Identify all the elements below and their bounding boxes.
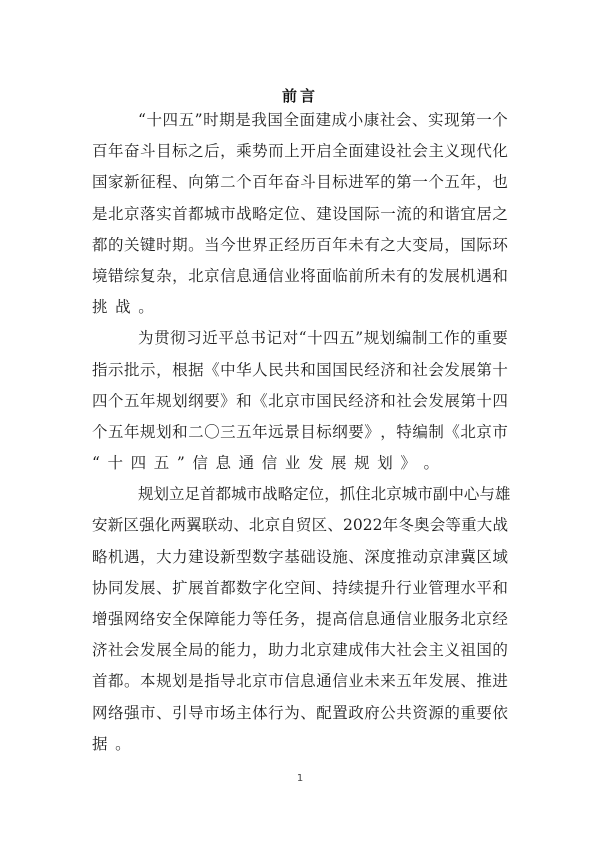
glyph: 位 — [309, 479, 325, 510]
glyph: 示 — [140, 355, 156, 386]
glyph: 大 — [380, 635, 396, 666]
glyph: 发 — [428, 386, 444, 417]
glyph: 建 — [332, 635, 348, 666]
glyph: 和 — [380, 386, 396, 417]
glyph: 之 — [380, 230, 396, 261]
glyph: 界 — [252, 230, 268, 261]
glyph: 纲 — [332, 417, 348, 448]
glyph: 重 — [461, 510, 477, 541]
glyph: 十 — [476, 386, 492, 417]
glyph: 的 — [492, 635, 508, 666]
glyph: 社 — [412, 355, 428, 386]
text-line: 都的关键时期。当今世界正经历百年未有之大变局，国际环 — [92, 230, 508, 261]
text-line: 安新区强化两翼联动、北京自贸区、2022年冬奥会等重大战 — [92, 510, 508, 541]
glyph: 社 — [396, 136, 412, 167]
glyph: 通 — [252, 261, 268, 292]
glyph: 重 — [460, 698, 476, 729]
glyph: 四 — [323, 323, 339, 354]
glyph: 依 — [492, 698, 508, 729]
glyph: 数 — [252, 542, 268, 573]
glyph: 目 — [156, 136, 172, 167]
glyph: 、 — [327, 510, 343, 541]
glyph: 临 — [332, 261, 348, 292]
glyph: 。 — [138, 292, 154, 323]
glyph: 、 — [300, 199, 316, 230]
glyph: 年 — [252, 417, 268, 448]
glyph: 市 — [300, 386, 316, 417]
glyph: 抓 — [340, 479, 356, 510]
glyph: 国 — [460, 230, 476, 261]
glyph: 共 — [284, 355, 300, 386]
glyph: 杂 — [156, 261, 172, 292]
glyph: 要 — [204, 386, 220, 417]
glyph: 济 — [92, 635, 108, 666]
text-line: 国家新征程、向第二个百年奋斗目标进军的第一个五年，也 — [92, 167, 508, 198]
glyph: 务 — [284, 604, 300, 635]
glyph: 遇 — [124, 542, 140, 573]
glyph: 二 — [188, 417, 204, 448]
glyph: “ — [299, 323, 307, 354]
glyph: 第 — [460, 105, 476, 136]
glyph: ， — [172, 261, 188, 292]
glyph: 建 — [316, 105, 332, 136]
glyph: ， — [324, 479, 340, 510]
document-page: 前言 “十四五”时期是我国全面建成小康社会、实现第一个 百年奋斗目标之后，乘势而… — [0, 0, 600, 848]
glyph: 而 — [268, 136, 284, 167]
glyph: 一 — [412, 167, 428, 198]
glyph: 进 — [492, 666, 508, 697]
glyph: 和 — [396, 355, 412, 386]
glyph: 第 — [204, 167, 220, 198]
glyph: 全 — [283, 105, 299, 136]
glyph: 障 — [204, 604, 220, 635]
glyph: 保 — [188, 604, 204, 635]
glyph: 能 — [220, 604, 236, 635]
glyph: 经 — [348, 386, 364, 417]
glyph: 进 — [348, 167, 364, 198]
glyph: 〇 — [204, 417, 220, 448]
glyph: 记 — [267, 323, 283, 354]
glyph: 设 — [380, 136, 396, 167]
glyph: 通 — [239, 448, 255, 479]
glyph: 编 — [396, 323, 412, 354]
glyph: 施 — [332, 542, 348, 573]
glyph: “ — [92, 448, 100, 479]
glyph: 力 — [236, 635, 252, 666]
glyph: 划 — [156, 417, 172, 448]
glyph: 制 — [428, 417, 444, 448]
glyph: 大 — [396, 230, 412, 261]
glyph: 主 — [236, 698, 252, 729]
glyph: 面 — [348, 136, 364, 167]
glyph: 个 — [108, 386, 124, 417]
glyph: 规 — [354, 448, 370, 479]
glyph: 会 — [412, 635, 428, 666]
glyph: 扩 — [172, 573, 188, 604]
glyph: 奋 — [124, 136, 140, 167]
glyph: 十 — [146, 105, 162, 136]
glyph: 划 — [154, 479, 170, 510]
glyph: 务 — [444, 604, 460, 635]
glyph: 、 — [348, 542, 364, 573]
glyph: 四 — [492, 386, 508, 417]
glyph: 会 — [430, 510, 446, 541]
glyph: 据 — [188, 355, 204, 386]
text-line: 济社会发展全局的能力，助力北京建成伟大社会主义祖国的 — [92, 635, 508, 666]
glyph: 奥 — [414, 510, 430, 541]
glyph: 民 — [268, 355, 284, 386]
glyph: 会 — [412, 136, 428, 167]
glyph: 景 — [284, 417, 300, 448]
glyph: 强 — [139, 510, 155, 541]
glyph: 社 — [396, 635, 412, 666]
glyph: 化 — [268, 573, 284, 604]
glyph: 划 — [380, 323, 396, 354]
paragraph-3: 规划立足首都城市战略定位，抓住北京城市副中心与雄 安新区强化两翼联动、北京自贸区… — [92, 479, 508, 760]
glyph: 。 — [423, 448, 439, 479]
glyph: 彻 — [170, 323, 186, 354]
glyph: 战 — [115, 292, 131, 323]
glyph: 规 — [140, 417, 156, 448]
glyph: 建 — [316, 199, 332, 230]
glyph: 标 — [316, 417, 332, 448]
glyph: 城 — [231, 479, 247, 510]
glyph: 共 — [396, 698, 412, 729]
glyph: 城 — [402, 479, 418, 510]
glyph: ， — [140, 542, 156, 573]
glyph: 一 — [476, 105, 492, 136]
glyph: 协 — [92, 573, 108, 604]
glyph: 四 — [163, 105, 179, 136]
glyph: 设 — [204, 542, 220, 573]
glyph: 续 — [348, 573, 364, 604]
glyph: 根 — [172, 355, 188, 386]
glyph: 资 — [412, 698, 428, 729]
glyph: 要 — [476, 698, 492, 729]
glyph: 业 — [284, 261, 300, 292]
glyph: 据 — [92, 729, 108, 760]
glyph: 足 — [185, 479, 201, 510]
glyph: 化 — [492, 136, 508, 167]
glyph: 、 — [316, 573, 332, 604]
glyph: 大 — [477, 510, 493, 541]
glyph: 划 — [172, 386, 188, 417]
glyph: 础 — [300, 542, 316, 573]
glyph: 势 — [252, 136, 268, 167]
glyph: 国 — [267, 105, 283, 136]
glyph: 略 — [278, 479, 294, 510]
glyph: 信 — [396, 604, 412, 635]
glyph: 第 — [476, 355, 492, 386]
glyph: 百 — [252, 167, 268, 198]
glyph: 区 — [123, 510, 139, 541]
glyph: 市 — [140, 698, 156, 729]
glyph: 略 — [92, 542, 108, 573]
glyph: 三 — [220, 417, 236, 448]
glyph: 首 — [200, 479, 216, 510]
glyph: 示 — [108, 355, 124, 386]
glyph: 都 — [108, 666, 124, 697]
glyph: 行 — [268, 698, 284, 729]
glyph: 》 — [220, 386, 236, 417]
glyph: 十 — [307, 323, 323, 354]
text-line: 个五年规划和二〇三五年远景目标纲要》，特编制《北京市 — [92, 417, 508, 448]
glyph: 之 — [492, 199, 508, 230]
glyph: 正 — [268, 230, 284, 261]
glyph: 年 — [460, 167, 476, 198]
glyph: 定 — [293, 479, 309, 510]
glyph: 民 — [332, 386, 348, 417]
glyph: 北 — [268, 386, 284, 417]
glyph: 中 — [220, 355, 236, 386]
glyph: 特 — [396, 417, 412, 448]
glyph: 津 — [444, 542, 460, 573]
glyph: 、 — [300, 698, 316, 729]
glyph: 个 — [92, 417, 108, 448]
glyph: 市 — [247, 479, 263, 510]
glyph: 期 — [172, 230, 188, 261]
glyph: 度 — [380, 542, 396, 573]
glyph: 展 — [140, 573, 156, 604]
glyph: ” — [355, 323, 363, 354]
glyph: 通 — [316, 666, 332, 697]
glyph: 北 — [460, 417, 476, 448]
glyph: 前 — [348, 261, 364, 292]
glyph: 安 — [156, 604, 172, 635]
glyph: 京 — [316, 635, 332, 666]
glyph: 面 — [316, 261, 332, 292]
glyph: 引 — [172, 698, 188, 729]
glyph: 所 — [364, 261, 380, 292]
glyph: 康 — [364, 105, 380, 136]
glyph: 市 — [417, 479, 433, 510]
glyph: 和 — [428, 199, 444, 230]
glyph: 指 — [92, 355, 108, 386]
glyph: 义 — [444, 635, 460, 666]
glyph: 划 — [172, 666, 188, 697]
glyph: 年 — [383, 510, 399, 541]
glyph: 错 — [108, 261, 124, 292]
glyph: 人 — [252, 355, 268, 386]
glyph: 五 — [154, 448, 170, 479]
glyph: 是 — [92, 199, 108, 230]
glyph: 》 — [400, 448, 416, 479]
glyph: 百 — [316, 230, 332, 261]
glyph: 面 — [300, 105, 316, 136]
glyph: 北 — [188, 261, 204, 292]
glyph: 高 — [332, 604, 348, 635]
glyph: 服 — [428, 604, 444, 635]
glyph: 经 — [492, 604, 508, 635]
glyph: “ — [138, 105, 146, 136]
glyph: ” — [195, 105, 203, 136]
glyph: 字 — [252, 573, 268, 604]
glyph: 《 — [252, 386, 268, 417]
glyph: 等 — [252, 604, 268, 635]
glyph: 的 — [108, 230, 124, 261]
glyph: 五 — [236, 417, 252, 448]
glyph: 都 — [92, 230, 108, 261]
glyph: 。 — [124, 666, 140, 697]
glyph: 发 — [140, 635, 156, 666]
glyph: 机 — [460, 261, 476, 292]
glyph: 、 — [460, 666, 476, 697]
glyph: 基 — [284, 542, 300, 573]
glyph: 平 — [218, 323, 234, 354]
glyph: 年 — [124, 417, 140, 448]
glyph: 的 — [204, 635, 220, 666]
glyph: 社 — [108, 635, 124, 666]
glyph: 今 — [220, 230, 236, 261]
text-line: “十四五”时期是我国全面建成小康社会、实现第一个 — [92, 105, 508, 136]
glyph: 纲 — [188, 386, 204, 417]
glyph: 网 — [92, 698, 108, 729]
glyph: ， — [444, 230, 460, 261]
glyph: 第 — [460, 386, 476, 417]
glyph: 局 — [428, 230, 444, 261]
glyph: 期 — [219, 105, 235, 136]
glyph: 济 — [380, 355, 396, 386]
glyph: 、 — [233, 510, 249, 541]
glyph: 总 — [234, 323, 250, 354]
glyph: 京 — [386, 479, 402, 510]
glyph: 年 — [268, 167, 284, 198]
glyph: 息 — [216, 448, 232, 479]
glyph: 军 — [364, 167, 380, 198]
glyph: 力 — [172, 542, 188, 573]
glyph: 北 — [108, 199, 124, 230]
glyph: 导 — [188, 698, 204, 729]
glyph: 网 — [124, 604, 140, 635]
glyph: 落 — [140, 199, 156, 230]
glyph: 京 — [476, 417, 492, 448]
glyph: 北 — [236, 666, 252, 697]
glyph: 冬 — [398, 510, 414, 541]
glyph: 展 — [156, 635, 172, 666]
glyph: 、 — [156, 573, 172, 604]
glyph: 斗 — [140, 136, 156, 167]
glyph: 升 — [380, 573, 396, 604]
glyph: 区 — [312, 510, 328, 541]
glyph: 五 — [339, 323, 355, 354]
glyph: 展 — [444, 666, 460, 697]
glyph: ， — [300, 604, 316, 635]
glyph: 代 — [476, 136, 492, 167]
glyph: 发 — [428, 666, 444, 697]
glyph: 目 — [300, 417, 316, 448]
glyph: 市 — [220, 199, 236, 230]
glyph: 发 — [308, 448, 324, 479]
glyph: 时 — [156, 230, 172, 261]
glyph: 首 — [204, 573, 220, 604]
glyph: 展 — [188, 573, 204, 604]
glyph: 理 — [444, 573, 460, 604]
glyph: 十 — [492, 355, 508, 386]
glyph: 实 — [156, 199, 172, 230]
glyph: 源 — [428, 698, 444, 729]
glyph: 二 — [220, 167, 236, 198]
glyph: 未 — [364, 666, 380, 697]
glyph: 百 — [92, 136, 108, 167]
glyph: 的 — [380, 167, 396, 198]
glyph: 的 — [460, 323, 476, 354]
paragraph-2: 为贯彻习近平总书记对“十四五”规划编制工作的重要 指示批示，根据《中华人民共和国… — [92, 323, 508, 479]
glyph: 习 — [186, 323, 202, 354]
page-number: 1 — [0, 773, 600, 784]
glyph: 环 — [492, 230, 508, 261]
glyph: 未 — [380, 261, 396, 292]
glyph: 编 — [412, 417, 428, 448]
glyph: 体 — [252, 698, 268, 729]
glyph: 《 — [444, 417, 460, 448]
glyph: 立 — [169, 479, 185, 510]
glyph: 谐 — [444, 199, 460, 230]
glyph: 近 — [202, 323, 218, 354]
glyph: 社 — [380, 105, 396, 136]
glyph: 。 — [188, 230, 204, 261]
glyph: 家 — [108, 167, 124, 198]
glyph: 挑 — [92, 292, 108, 323]
glyph: 行 — [396, 573, 412, 604]
document-body: “十四五”时期是我国全面建成小康社会、实现第一个 百年奋斗目标之后，乘势而上开启… — [92, 105, 508, 760]
glyph: 》 — [364, 417, 380, 448]
glyph: 贯 — [154, 323, 170, 354]
glyph: 键 — [140, 230, 156, 261]
glyph: ， — [220, 136, 236, 167]
glyph: 本 — [140, 666, 156, 697]
glyph: 民 — [348, 355, 364, 386]
glyph: 战 — [236, 199, 252, 230]
glyph: 征 — [140, 167, 156, 198]
glyph: 华 — [236, 355, 252, 386]
glyph: 置 — [332, 698, 348, 729]
glyph: 祖 — [460, 635, 476, 666]
glyph: 区 — [476, 542, 492, 573]
glyph: 信 — [332, 666, 348, 697]
glyph: 间 — [300, 573, 316, 604]
glyph: 息 — [364, 604, 380, 635]
glyph: ， — [476, 167, 492, 198]
glyph: 化 — [155, 510, 171, 541]
glyph: 平 — [476, 573, 492, 604]
glyph: 京 — [476, 604, 492, 635]
glyph: ， — [156, 355, 172, 386]
glyph: 新 — [124, 167, 140, 198]
glyph: 济 — [364, 386, 380, 417]
glyph: 我 — [251, 105, 267, 136]
glyph: 持 — [332, 573, 348, 604]
glyph: 乘 — [236, 136, 252, 167]
glyph: 来 — [380, 666, 396, 697]
glyph: 远 — [268, 417, 284, 448]
glyph: 略 — [252, 199, 268, 230]
glyph: 流 — [396, 199, 412, 230]
glyph: 遇 — [476, 261, 492, 292]
glyph: 市 — [268, 666, 284, 697]
glyph: 空 — [284, 573, 300, 604]
glyph: 公 — [380, 698, 396, 729]
glyph: 管 — [428, 573, 444, 604]
glyph: 京 — [265, 510, 281, 541]
glyph: 有 — [396, 261, 412, 292]
glyph: 展 — [331, 448, 347, 479]
glyph: 年 — [412, 666, 428, 697]
glyph: 字 — [268, 542, 284, 573]
glyph: 个 — [492, 105, 508, 136]
glyph: 局 — [188, 635, 204, 666]
glyph: 年 — [140, 386, 156, 417]
glyph: 京 — [428, 542, 444, 573]
